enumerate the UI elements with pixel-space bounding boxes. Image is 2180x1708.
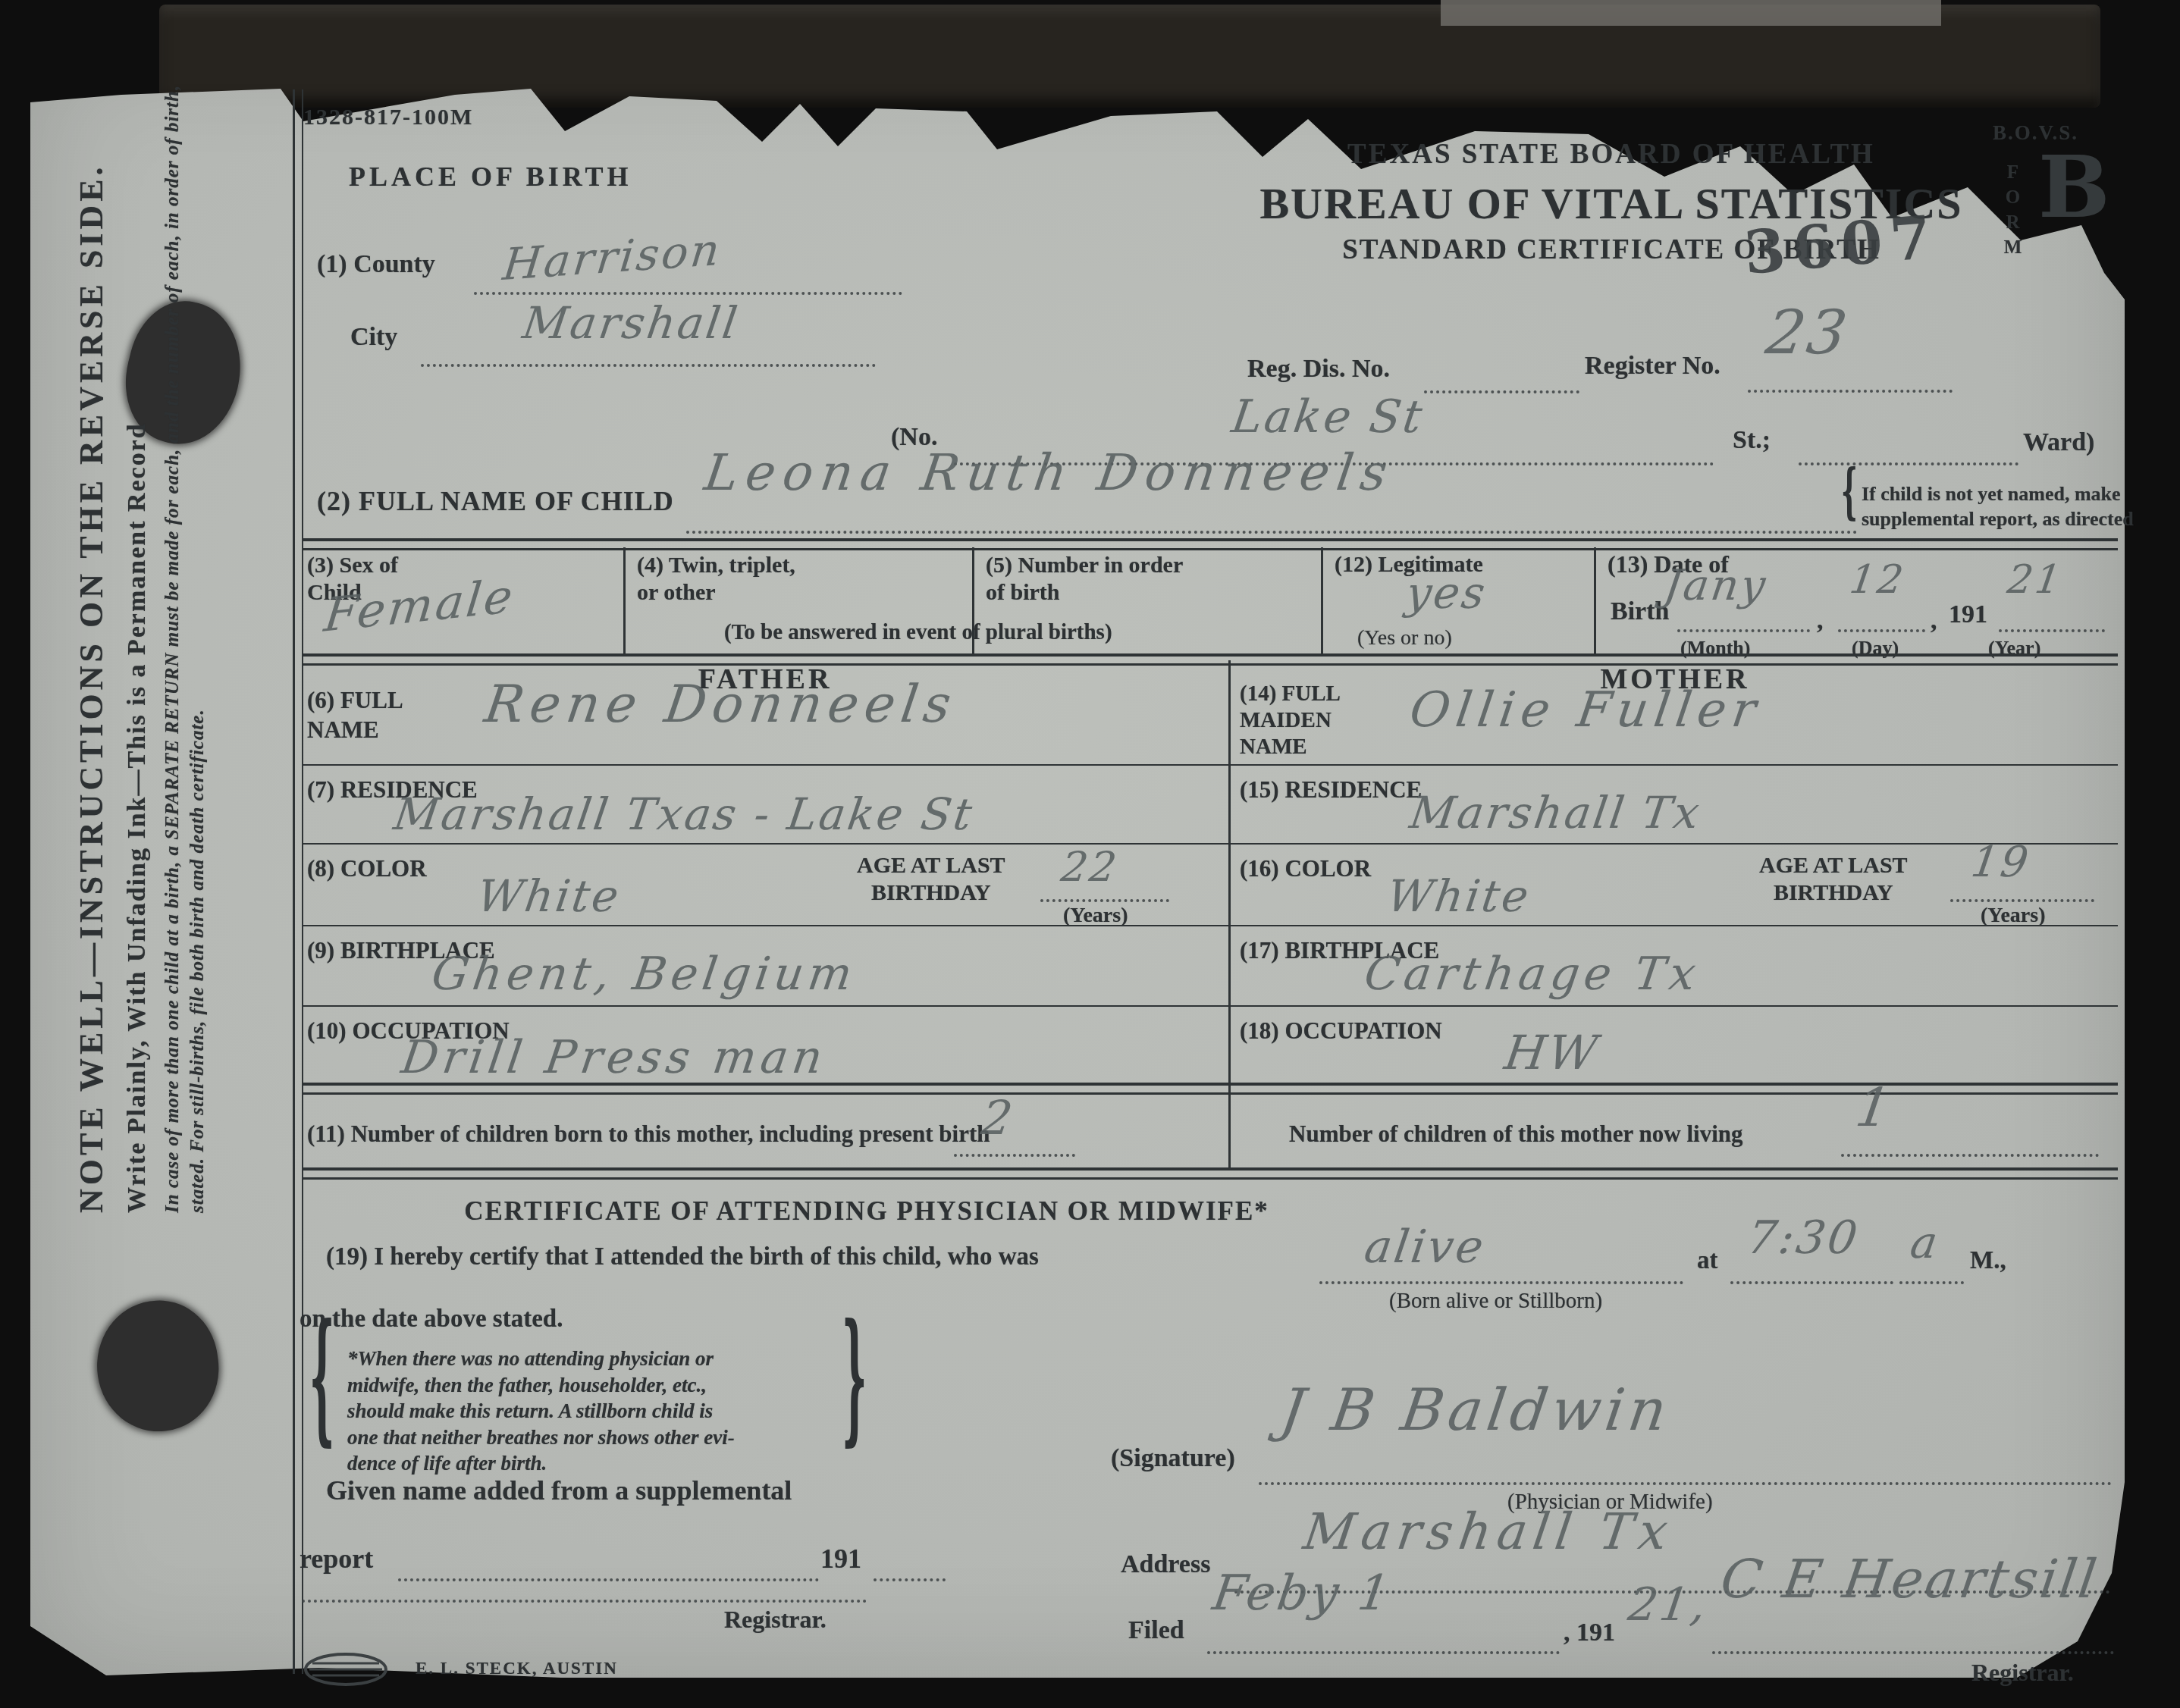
- registrar-signature-value: C E Heartsill: [1717, 1548, 2103, 1610]
- mother-occupation-value: HW: [1501, 1025, 1603, 1080]
- father-color-rule: [302, 925, 1228, 926]
- children-born-value: 2: [978, 1090, 1018, 1145]
- mother-color-rule: [1231, 925, 2118, 926]
- printer-union-emblem: [303, 1651, 388, 1688]
- unnamed-note: If child is not yet named, make suppleme…: [1862, 482, 2134, 531]
- time-line: [1730, 1281, 1893, 1284]
- printer-credit: E. L. STECK, AUSTIN: [416, 1659, 618, 1678]
- registrar-right-label: Registrar.: [1971, 1659, 2074, 1687]
- date-comma-2: ,: [1931, 606, 1937, 635]
- filed-year-value: 21,: [1625, 1578, 1711, 1631]
- month-value: Jany: [1661, 561, 1771, 610]
- condition-value: alive: [1361, 1221, 1488, 1274]
- legitimate-value: yes: [1403, 567, 1490, 619]
- scanned-birth-certificate: { "colors": { "paper": "#b6b9b5", "ink":…: [0, 0, 2180, 1708]
- children-living-label: Number of children of this mother now li…: [1289, 1120, 1743, 1148]
- doc-number: 1328-817-100M: [303, 105, 473, 130]
- cell-divider-1: [623, 547, 626, 653]
- footnote-brace-left: {: [309, 1296, 334, 1462]
- at-label: at: [1697, 1247, 1718, 1275]
- month-line: [1677, 629, 1810, 632]
- signature-label: (Signature): [1111, 1444, 1235, 1473]
- footnote-text: *When there was no attending physician o…: [347, 1346, 848, 1477]
- certify-text: (19) I hereby certify that I attended th…: [326, 1243, 1039, 1271]
- rule-above-child-row: [302, 538, 2118, 550]
- year-value: 21: [2005, 557, 2066, 603]
- unnamed-note-brace: {: [1841, 458, 1858, 528]
- year-printed: 191: [1949, 600, 1987, 629]
- city-value: Marshall: [519, 297, 742, 349]
- child-name-value: Leona Ruth Donneels: [701, 443, 1398, 502]
- father-occupation-value: Drill Press man: [398, 1031, 830, 1084]
- register-label: Register No.: [1585, 352, 1720, 381]
- reg-dis-label: Reg. Dis. No.: [1247, 355, 1390, 384]
- county-line: [474, 292, 902, 295]
- sidebar-note-well: NOTE WELL—INSTRUCTIONS ON THE REVERSE SI…: [72, 61, 111, 1213]
- sidebar-divider-rule: [293, 89, 303, 1674]
- twin-label: (4) Twin, triplet, or other: [637, 552, 795, 606]
- condition-line: [1319, 1281, 1683, 1284]
- father-color-value: White: [474, 870, 624, 922]
- mother-age-label: AGE AT LAST BIRTHDAY: [1759, 852, 1908, 907]
- rule-below-occupation: [302, 1083, 2118, 1095]
- cell-divider-3: [1321, 547, 1323, 653]
- signature-line: [1259, 1482, 2112, 1485]
- county-value: Harrison: [500, 224, 724, 290]
- rule-below-children-counts: [302, 1167, 2118, 1180]
- child-name-line: [686, 531, 1858, 534]
- mother-birthplace-value: Carthage Tx: [1361, 948, 1704, 1001]
- children-living-line: [1841, 1154, 2099, 1157]
- father-age-value: 22: [1059, 843, 1122, 891]
- ward-label: Ward): [2023, 428, 2094, 457]
- filed-label: Filed: [1128, 1616, 1184, 1645]
- mother-occupation-label: (18) OCCUPATION: [1240, 1017, 1442, 1045]
- city-line: [421, 364, 876, 367]
- certificate-content: NOTE WELL—INSTRUCTIONS ON THE REVERSE SI…: [0, 0, 2180, 1708]
- mother-name-label: (14) FULL MAIDEN NAME: [1240, 681, 1341, 760]
- father-name-label: (6) FULL NAME: [307, 686, 403, 745]
- time-value: 7:30: [1744, 1211, 1863, 1265]
- birth-word-label: Birth: [1611, 597, 1669, 626]
- ampm-line: [1899, 1281, 1964, 1284]
- filed-line: [1207, 1651, 1560, 1654]
- mother-birthplace-rule: [1231, 1005, 2118, 1007]
- father-name-value: Rene Donneels: [481, 675, 960, 735]
- father-age-label: AGE AT LAST BIRTHDAY: [857, 852, 1005, 907]
- footnote-brace-right: }: [842, 1296, 867, 1462]
- child-name-label: (2) FULL NAME OF CHILD: [317, 485, 674, 517]
- physician-certificate-title: CERTIFICATE OF ATTENDING PHYSICIAN OR MI…: [302, 1196, 1432, 1227]
- street-value: Lake St: [1228, 390, 1428, 443]
- children-born-line: [954, 1154, 1075, 1157]
- registrar-left-line: [302, 1600, 867, 1603]
- born-alive-note: (Born alive or Stillborn): [1389, 1289, 1602, 1314]
- register-line: [1748, 390, 1953, 393]
- mother-age-value: 19: [1968, 838, 2033, 887]
- registrar-signature-line: [1712, 1651, 2114, 1654]
- father-birthplace-rule: [302, 1005, 1228, 1007]
- mother-residence-value: Marshall Tx: [1407, 787, 1705, 838]
- reg-dis-line: [1424, 390, 1579, 393]
- mother-name-rule: [1231, 764, 2118, 766]
- report-year-printed: 191: [820, 1543, 861, 1575]
- date-comma-1: ,: [1817, 606, 1824, 635]
- day-line: [1838, 629, 1925, 632]
- father-age-line: [1040, 899, 1169, 902]
- mother-color-value: White: [1384, 870, 1534, 922]
- board-title: TEXAS STATE BOARD OF HEALTH: [1236, 138, 1987, 171]
- report-line: [398, 1578, 819, 1581]
- filed-year-printed: , 191: [1564, 1619, 1615, 1647]
- mother-residence-label: (15) RESIDENCE: [1240, 776, 1422, 804]
- plural-note: (To be answered in event of plural birth…: [724, 620, 1112, 645]
- m-label: M.,: [1970, 1247, 2006, 1275]
- order-label: (5) Number in order of birth: [986, 552, 1183, 606]
- day-value: 12: [1847, 557, 1909, 603]
- father-residence-value: Marshall Txas - Lake St: [391, 788, 977, 840]
- father-birthplace-value: Ghent, Belgium: [428, 948, 860, 1001]
- yes-or-no-label: (Yes or no): [1357, 626, 1452, 650]
- cell-divider-4: [1594, 547, 1596, 653]
- signature-value: J B Baldwin: [1277, 1376, 1676, 1443]
- year-line: [1999, 629, 2105, 632]
- sidebar-instructions: NOTE WELL—INSTRUCTIONS ON THE REVERSE SI…: [72, 61, 210, 1213]
- form-letter-b: B: [2038, 138, 2110, 237]
- address-label: Address: [1121, 1550, 1210, 1579]
- report-label: report: [300, 1543, 373, 1575]
- ampm-value: a: [1907, 1217, 1943, 1268]
- date-stated-text: on the date above stated.: [300, 1305, 563, 1333]
- address-value: Marshall Tx: [1300, 1503, 1677, 1561]
- city-label: City: [350, 323, 397, 352]
- father-name-rule: [302, 764, 1228, 766]
- ward-line: [1799, 462, 2018, 465]
- county-label: (1) County: [317, 250, 435, 279]
- given-name-text: Given name added from a supplemental: [326, 1475, 792, 1506]
- children-living-value: 1: [1852, 1077, 1896, 1139]
- mother-color-label: (16) COLOR: [1240, 855, 1371, 882]
- place-of-birth-heading: PLACE OF BIRTH: [349, 161, 632, 193]
- sidebar-write-plainly: Write Plainly, With Unfading Ink—This is…: [123, 61, 152, 1213]
- form-word: FORM: [2002, 162, 2023, 284]
- mother-age-line: [1950, 899, 2094, 902]
- father-color-label: (8) COLOR: [307, 855, 427, 882]
- mother-name-value: Ollie Fuller: [1407, 682, 1766, 738]
- children-born-label: (11) Number of children born to this mot…: [307, 1120, 990, 1148]
- report-year-line: [874, 1578, 946, 1581]
- st-label: St.;: [1733, 426, 1771, 455]
- register-value: 23: [1761, 297, 1853, 368]
- sidebar-separate-return-note: In case of more than one child at a birt…: [161, 61, 210, 1213]
- registrar-left-label: Registrar.: [724, 1606, 827, 1634]
- filed-value: Feby 1: [1209, 1565, 1395, 1622]
